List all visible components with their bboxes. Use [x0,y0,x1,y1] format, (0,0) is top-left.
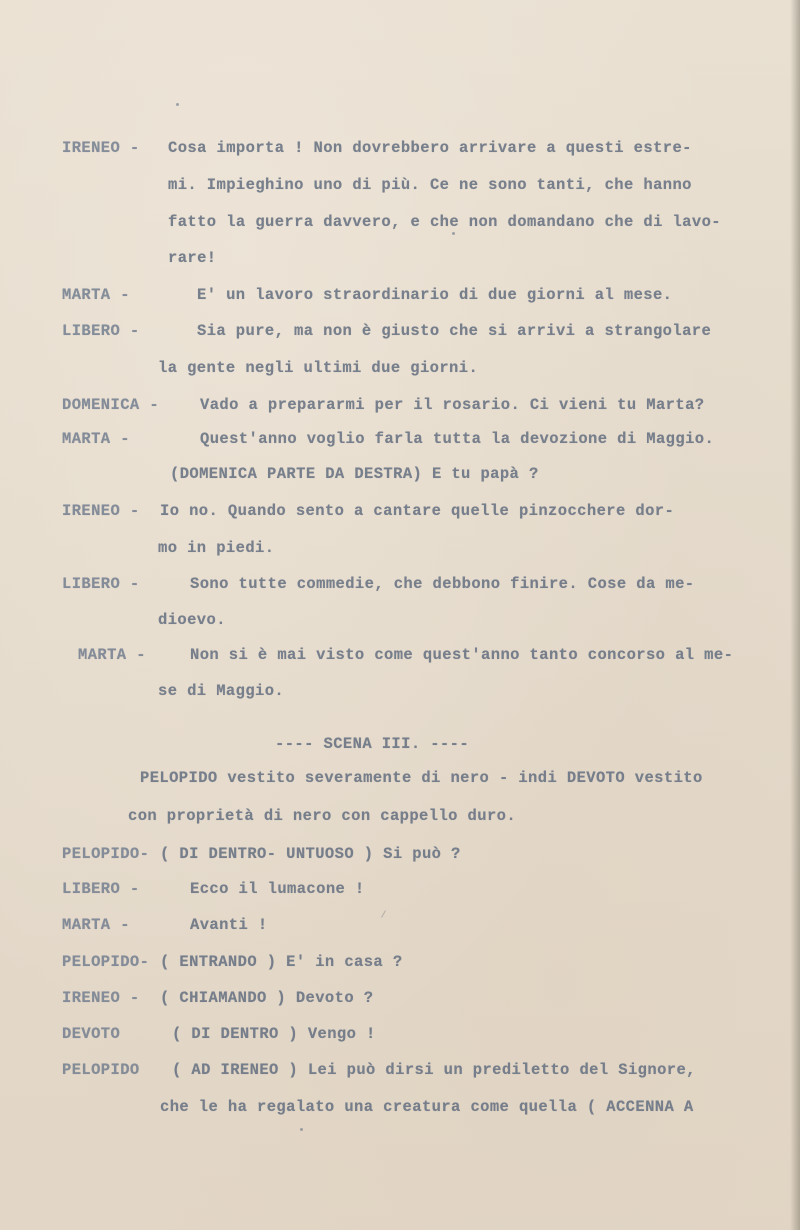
paper-speck [176,103,179,106]
dialogue-line: ( CHIAMANDO ) Devoto ? [160,991,373,1007]
dialogue-line: ( DI DENTRO- UNTUOSO ) Si può ? [160,847,461,863]
stage-direction-inline: (DOMENICA PARTE DA DESTRA) E tu papà ? [170,467,539,483]
speaker-label: IRENEO - [62,504,140,520]
stage-direction: PELOPIDO vestito severamente di nero - i… [140,771,703,787]
dialogue-line: Avanti ! [190,918,268,934]
dialogue-line: che le ha regalato una creatura come que… [160,1100,694,1116]
speaker-label: PELOPIDO- [62,955,149,971]
paper-speck [300,1128,303,1131]
scene-heading: ---- SCENA III. ---- [275,737,469,753]
speaker-label: DEVOTO [62,1027,120,1043]
dialogue-line: Quest'anno voglio farla tutta la devozio… [200,432,714,448]
speaker-label: PELOPIDO- [62,847,149,863]
dialogue-line: la gente negli ultimi due giorni. [158,361,478,377]
speaker-label: PELOPIDO [62,1063,140,1079]
dialogue-line: rare! [168,251,217,267]
speaker-label: LIBERO - [62,324,140,340]
dialogue-line: mo in piedi. [158,541,274,557]
dialogue-line: Ecco il lumacone ! [190,882,365,898]
speaker-label: MARTA - [62,288,130,304]
speaker-label: IRENEO - [62,141,140,157]
dialogue-line: Io no. Quando sento a cantare quelle pin… [160,504,674,520]
speaker-label: LIBERO - [62,577,140,593]
speaker-label: MARTA - [62,432,130,448]
speaker-label: MARTA - [78,648,146,664]
dialogue-line: E' un lavoro straordinario di due giorni… [197,288,672,304]
stage-direction: con proprietà di nero con cappello duro. [128,809,516,825]
dialogue-line: Sia pure, ma non è giusto che si arrivi … [197,324,711,340]
dialogue-line: Sono tutte commedie, che debbono finire.… [190,577,694,593]
dialogue-line: Non si è mai visto come quest'anno tanto… [190,648,733,664]
dialogue-line: fatto la guerra davvero, e che non doman… [168,215,721,231]
speaker-label: LIBERO - [62,882,140,898]
dialogue-line: dioevo. [158,613,226,629]
dialogue-line: Cosa importa ! Non dovrebbero arrivare a… [168,141,692,157]
paper-mark [381,910,386,917]
typewritten-page: IRENEO - Cosa importa ! Non dovrebbero a… [0,0,800,1230]
speaker-label: MARTA - [62,918,130,934]
dialogue-line: ( AD IRENEO ) Lei può dirsi un predilett… [172,1063,696,1079]
paper-speck [452,232,455,235]
dialogue-line: ( ENTRANDO ) E' in casa ? [160,955,403,971]
dialogue-line: se di Maggio. [158,684,284,700]
dialogue-line: mi. Impieghino uno di più. Ce ne sono ta… [168,178,692,194]
dialogue-line: ( DI DENTRO ) Vengo ! [172,1027,376,1043]
speaker-label: IRENEO - [62,991,140,1007]
dialogue-line: Vado a prepararmi per il rosario. Ci vie… [200,398,704,414]
speaker-label: DOMENICA - [62,398,159,414]
